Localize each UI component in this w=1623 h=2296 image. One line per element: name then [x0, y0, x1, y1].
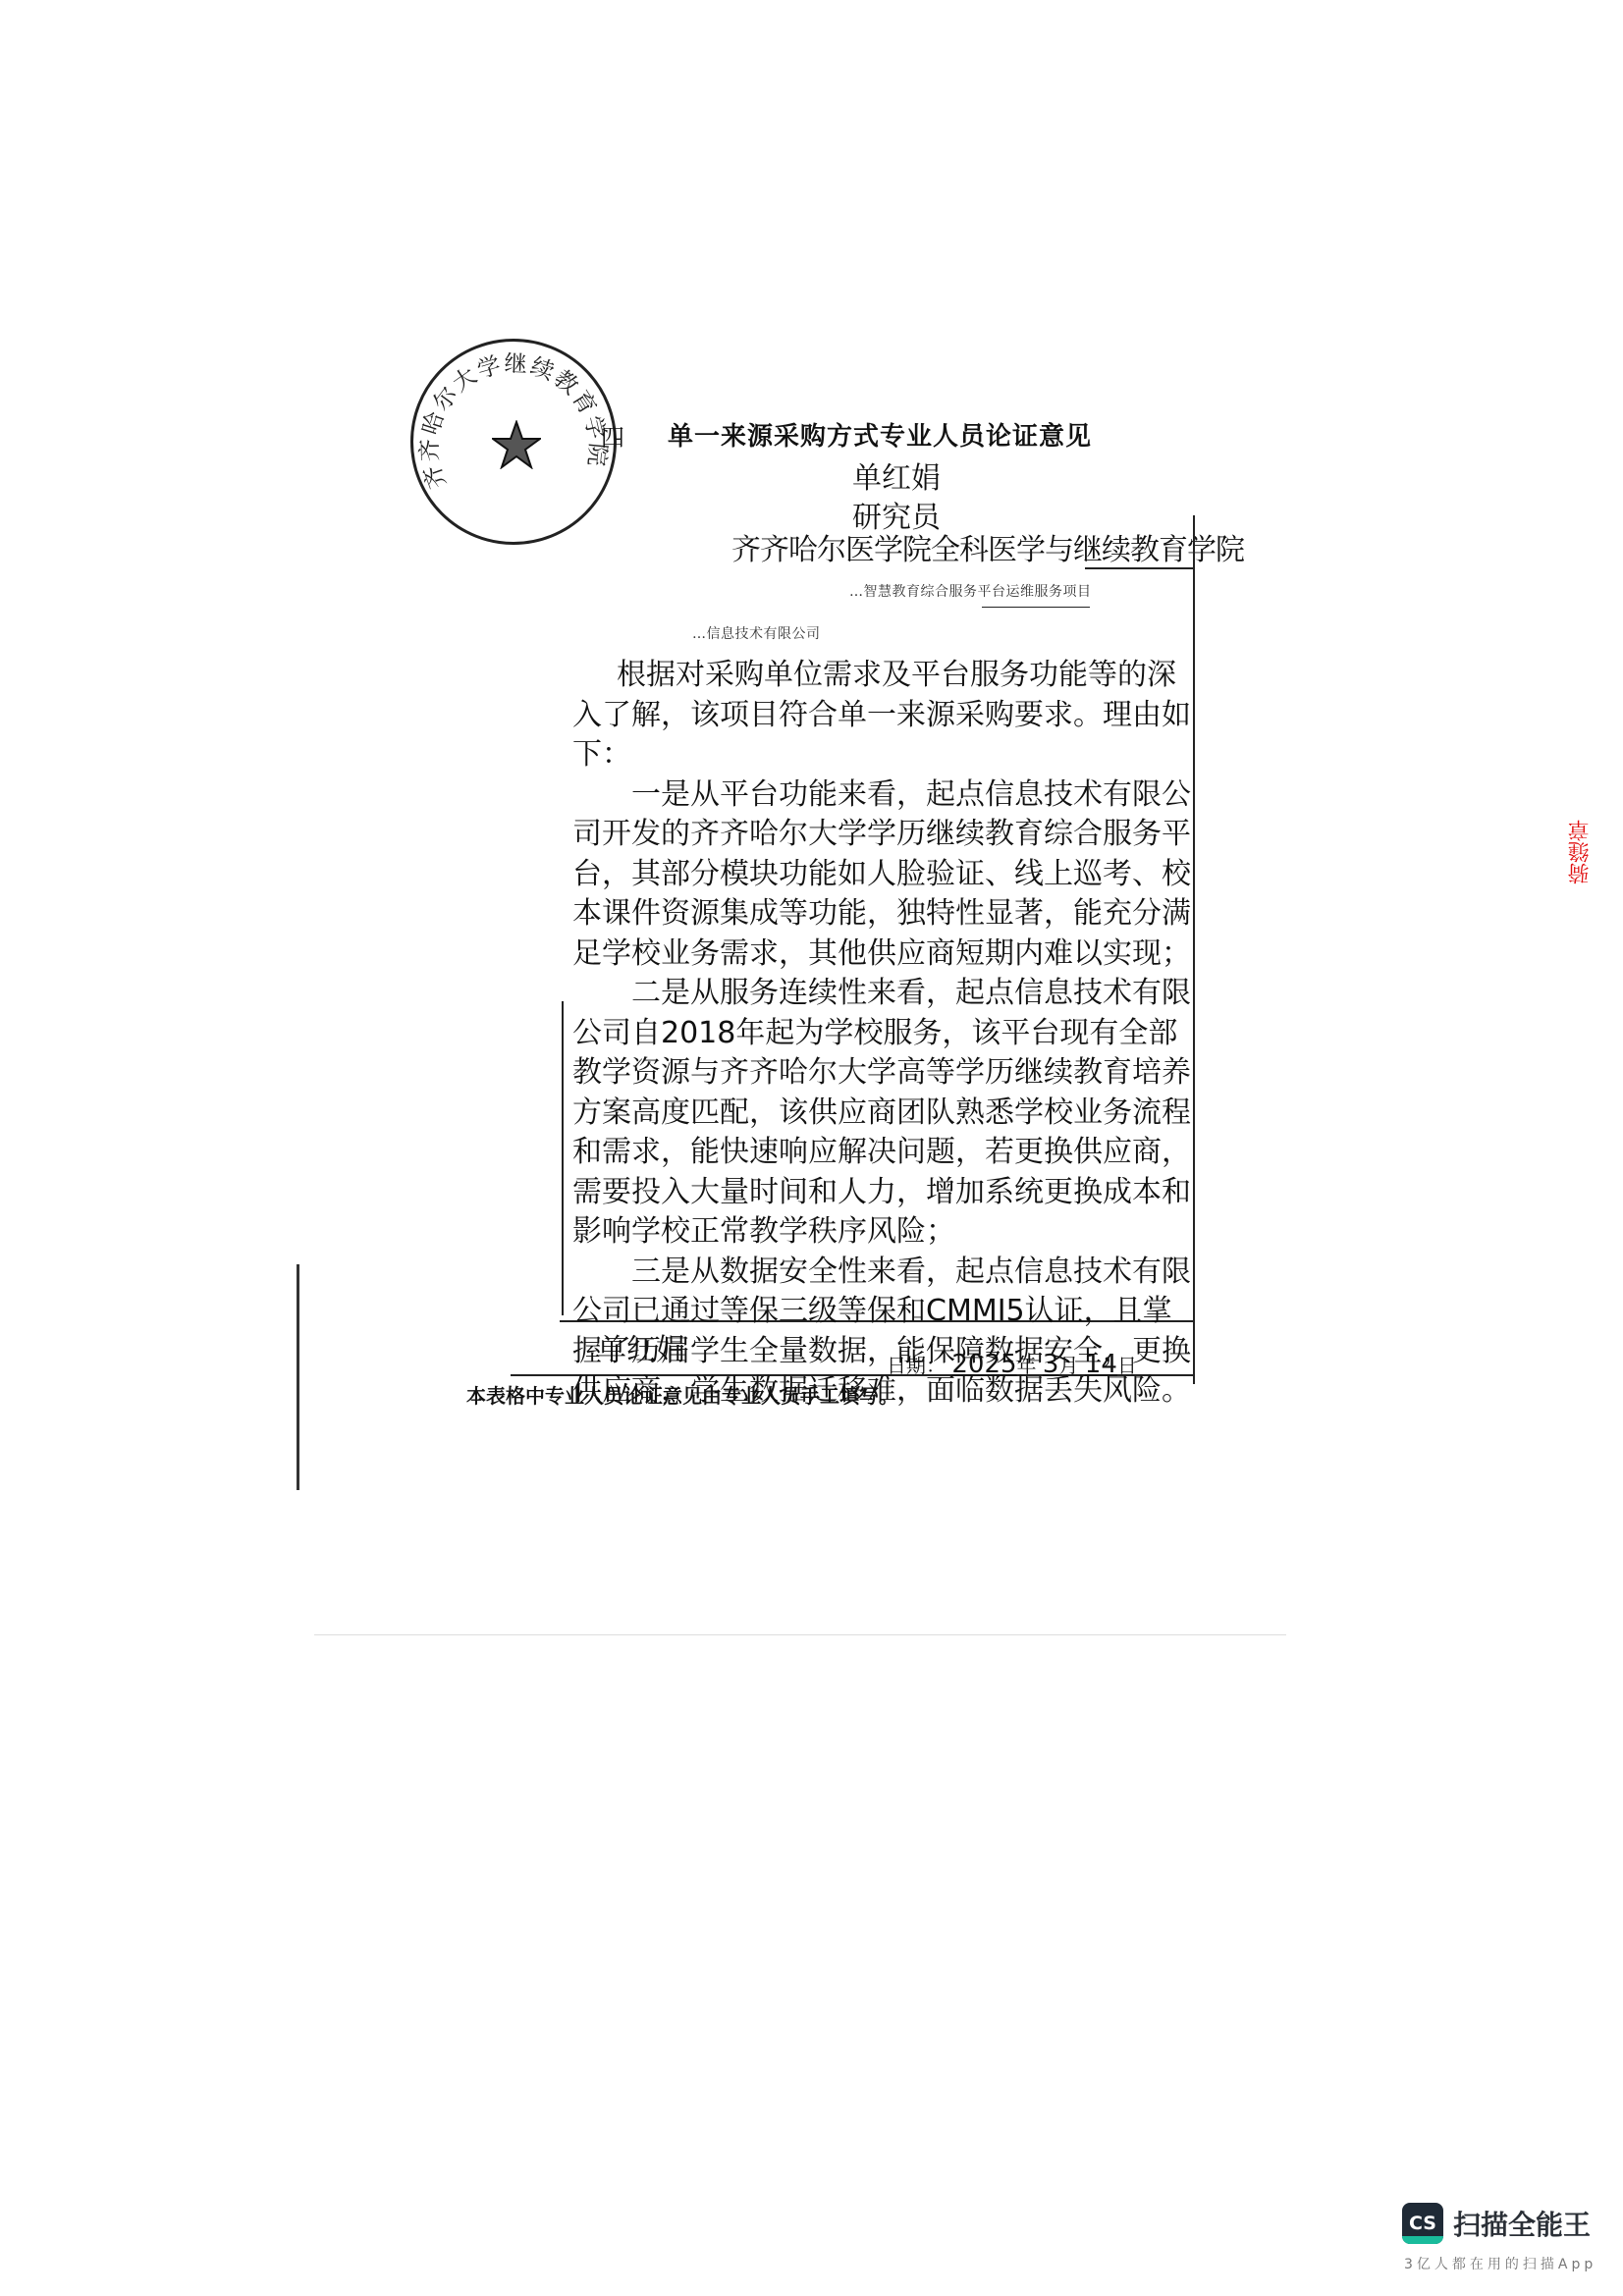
scan-edge-line: [297, 1264, 299, 1490]
margin-stamp: 骑缝章: [1561, 820, 1591, 884]
opinion-paragraph: 二是从服务连续性来看，起点信息技术有限公司自2018年起为学校服务，该平台现有全…: [572, 974, 1191, 1253]
cs-logo-icon: CS: [1402, 2203, 1443, 2244]
table-left-border: [562, 1001, 564, 1315]
unit-underline: [1085, 567, 1193, 569]
star-icon: [492, 420, 541, 469]
official-seal: 齐齐哈尔大学继续教育学院: [410, 339, 617, 545]
date-day: 14: [1085, 1350, 1117, 1379]
footnote: 本表格中专业人员论证意见由专业人员手工填写。: [466, 1380, 898, 1409]
date-year: 2025: [951, 1350, 1016, 1379]
supplier-name: …信息技术有限公司: [692, 623, 821, 643]
signature: 单红娟: [597, 1325, 685, 1368]
expert-unit: 齐齐哈尔医学院全科医学与继续教育学院: [731, 525, 1244, 568]
form-number: 四: [601, 418, 624, 453]
scanner-tagline: 3亿人都在用的扫描App: [1404, 2254, 1596, 2273]
month-unit: 月: [1058, 1354, 1078, 1377]
day-unit: 日: [1117, 1354, 1137, 1377]
opinion-paragraph: 一是从平台功能来看，起点信息技术有限公司开发的齐齐哈尔大学学历继续教育综合服务平…: [572, 775, 1191, 975]
project-name: …智慧教育综合服务平台运维服务项目: [849, 581, 1092, 601]
opinion-text: 根据对采购单位需求及平台服务功能等的深入了解，该项目符合单一来源采购要求。理由如…: [572, 656, 1191, 1412]
form-title: 单一来源采购方式专业人员论证意见: [668, 416, 1092, 453]
opinion-paragraph: 根据对采购单位需求及平台服务功能等的深入了解，该项目符合单一来源采购要求。理由如…: [572, 656, 1191, 775]
scanner-logo: CS 扫描全能王: [1402, 2203, 1591, 2244]
divider: [982, 607, 1090, 608]
year-unit: 年: [1017, 1354, 1037, 1377]
date-label: 日期：: [887, 1354, 946, 1377]
date-month: 3: [1043, 1350, 1059, 1379]
expert-name: 单红娟: [852, 454, 941, 497]
date-field: 日期： 2025年 3月 14日: [887, 1350, 1137, 1379]
scanner-app-name: 扫描全能王: [1453, 2204, 1591, 2243]
table-right-border: [1193, 515, 1195, 1384]
faint-scan-line: [314, 1634, 1286, 1635]
